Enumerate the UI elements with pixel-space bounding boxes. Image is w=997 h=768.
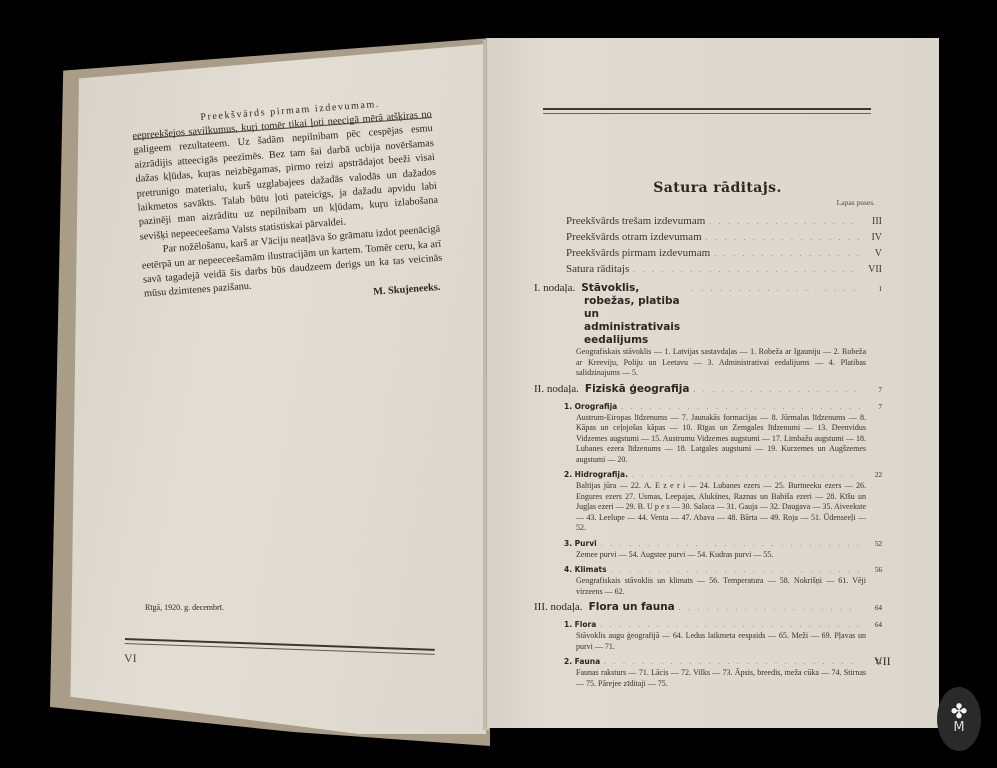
place-date: Rīgā, 1920. g. decembrī. — [145, 603, 224, 612]
toc-entry[interactable]: Preekšvārds otram izdevumamIV — [566, 230, 882, 246]
toc-entry[interactable]: Preekšvārds trešam izdevumamIII — [566, 214, 882, 230]
toc-description: Stāvoklis augu ģeografijā — 64. Ledus la… — [534, 631, 882, 652]
watermark-badge: ✤ M — [937, 687, 981, 751]
toc-description: Geografiskais stāvoklis — 1. Latvijas sa… — [534, 347, 882, 379]
toc-description: Geografiskais stāvoklis un klimats — 56.… — [534, 576, 882, 597]
toc-description: Baltijas jūra — 22. A. E z e r i — 24. L… — [534, 481, 882, 534]
toc-section[interactable]: 4. Klimats56 — [534, 564, 882, 576]
toc-entry[interactable]: Satura rāditajsVII — [566, 262, 882, 278]
toc-description: Austrum-Eiropas līdzenums — 7. Jaunakās … — [534, 413, 882, 466]
toc-section[interactable]: 1. Orografija7 — [534, 401, 882, 413]
toc-chapter[interactable]: I. nodaļa.Stāvoklis, robežas, platiba un… — [534, 282, 882, 347]
toc-section[interactable]: 1. Flora64 — [534, 619, 882, 631]
page-number-left: VI — [124, 651, 137, 666]
toc-entry[interactable]: Preekšvārds pirmam izdevumamV — [566, 246, 882, 262]
preface-text: eepreekšejos savilkumus, kuŗi tomēr tika… — [132, 108, 445, 317]
toc-section[interactable]: 2. Hidrografija.22 — [534, 469, 882, 481]
flower-emblem-icon: ✤ — [951, 703, 968, 721]
watermark-letter: M — [953, 721, 964, 735]
toc-description: Zemee purvi — 54. Augstee purvi — 54. Ku… — [534, 550, 882, 561]
toc-section[interactable]: 3. Purvi52 — [534, 538, 882, 550]
preface-paragraph: eepreekšejos savilkumus, kuŗi tomēr tika… — [132, 108, 440, 245]
toc-section[interactable]: 2. Fauna71 — [534, 656, 882, 668]
toc-chapter[interactable]: III. nodaļa.Flora un fauna64 — [534, 601, 882, 615]
page-number-right: VII — [874, 654, 891, 669]
header-rule — [543, 108, 871, 114]
toc-chapter[interactable]: II. nodaļa.Fiziskā ģeografija7 — [534, 383, 882, 397]
table-of-contents: Preekšvārds trešam izdevumamIII Preekšvā… — [534, 204, 882, 689]
toc-description: Faunas raksturs — 71. Lācis — 72. Vilks … — [534, 668, 882, 689]
toc-title: Satura rāditajs. — [540, 180, 895, 196]
